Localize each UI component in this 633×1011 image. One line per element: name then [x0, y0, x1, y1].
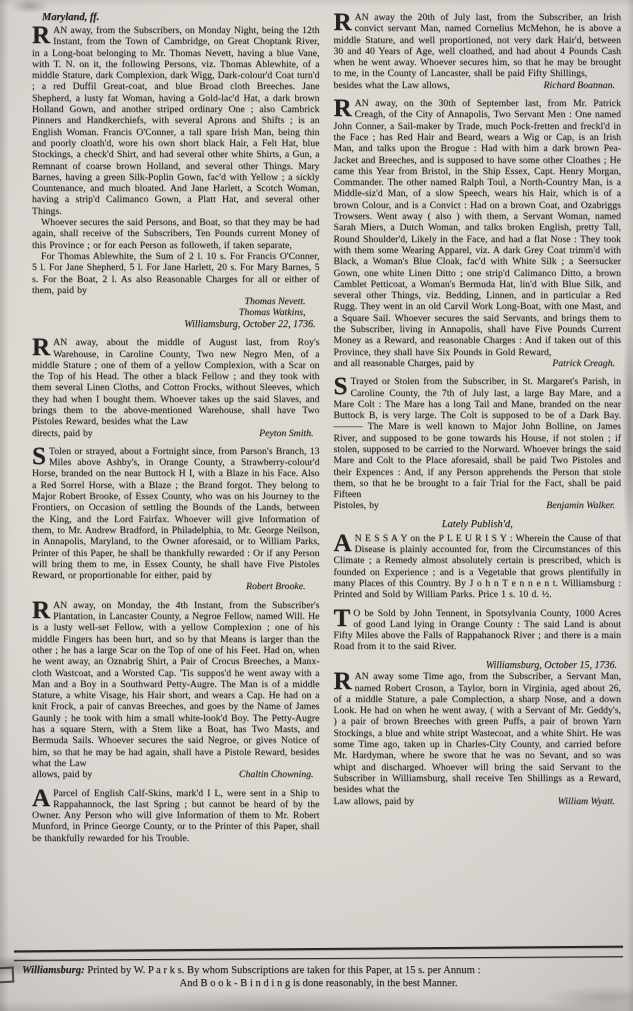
ad-lastline: Pistoles, byBenjamin Walker. — [334, 500, 622, 511]
dropcap-letter: S — [32, 446, 49, 467]
ad-runaway-will: RAN away, on Monday, the 4th Instant, fr… — [32, 600, 320, 781]
ad-body: RAN away some Time ago, from the Subscri… — [334, 671, 622, 795]
ad-text: Parcel of English Calf-Skins, mark'd I L… — [32, 788, 320, 844]
imprint-line-2: And B o o k - B i n d i n g is done reas… — [14, 977, 623, 990]
ad-essay-pleurisy: AN E S S A Y on the P L E U R I S Y : Wh… — [334, 533, 622, 601]
ad-runaway-cambridge: RAN away, from the Subscribers, on Monda… — [32, 25, 320, 330]
signature: Richard Boatman. — [544, 80, 621, 91]
ad-tail: Pistoles, by — [334, 500, 379, 511]
ad-text: AN away, on the 30th of September last, … — [334, 98, 622, 358]
ad-runaway-creagh-servants: RAN away, on the 30th of September last,… — [334, 98, 622, 369]
ad-text: AN away the 20th of July last, from the … — [334, 12, 622, 79]
ad-strayed-mare: STrayed or Stolen from the Subscriber, i… — [334, 376, 622, 512]
columns-container: Maryland, ff. RAN away, from the Subscri… — [0, 0, 633, 851]
ad-text: AN away, from the Subscribers, on Monday… — [32, 25, 320, 217]
newspaper-page: Maryland, ff. RAN away, from the Subscri… — [0, 0, 633, 1011]
ad-tail: besides what the Law allows, — [334, 80, 450, 91]
dateline: Williamsburg, October 15, 1736. — [334, 660, 622, 672]
dropcap-letter: R — [334, 671, 355, 692]
ad-runaway-croson: RAN away some Time ago, from the Subscri… — [334, 671, 622, 807]
ad-body: RAN away, on Monday, the 4th Instant, fr… — [32, 600, 320, 769]
ad-text: O be Sold by John Tennent, in Spotsylvan… — [334, 608, 622, 653]
ad-tail: and all reasonable Charges, paid by — [334, 358, 475, 369]
ad-lastline: directs, paid byPeyton Smith. — [32, 428, 320, 439]
ad-body: STrayed or Stolen from the Subscriber, i… — [334, 376, 622, 500]
ad-body: STolen or strayed, about a Fortnight sin… — [32, 446, 320, 582]
ad-text: Tolen or strayed, about a Fortnight sinc… — [32, 446, 320, 581]
dropcap-letter: R — [32, 600, 53, 621]
ad-body: AParcel of English Calf-Skins, mark'd I … — [32, 788, 320, 844]
dropcap-letter: R — [32, 25, 53, 46]
ad-body: RAN away, about the middle of August las… — [32, 337, 320, 427]
ad-text: AN away, about the middle of August last… — [32, 337, 320, 427]
ad-text: AN away, on Monday, the 4th Instant, fro… — [32, 600, 320, 769]
right-column: RAN away the 20th of July last, from the… — [334, 12, 622, 851]
dropcap-letter: R — [334, 12, 355, 33]
ad-runaway-mcmehon: RAN away the 20th of July last, from the… — [334, 12, 622, 91]
signature: Thomas Nevett. — [32, 296, 320, 307]
ad-body: AN E S S A Y on the P L E U R I S Y : Wh… — [334, 533, 622, 601]
ad-paragraph: Whoever secures the said Persons, and Bo… — [32, 217, 320, 251]
ad-text: AN away some Time ago, from the Subscrib… — [334, 671, 622, 795]
ad-tail: directs, paid by — [32, 428, 93, 439]
signature: Benjamin Walker. — [546, 500, 621, 511]
dropcap-letter: S — [334, 376, 351, 397]
ad-lastline: besides what the Law allows,Richard Boat… — [334, 80, 622, 91]
dropcap-letter: R — [334, 98, 355, 119]
dropcap-letter: A — [32, 788, 53, 809]
left-column: Maryland, ff. RAN away, from the Subscri… — [32, 12, 320, 851]
imprint-footer: Williamsburg: Printed by W. P a r k s. B… — [14, 948, 623, 990]
ad-runaway-roys-warehouse: RAN away, about the middle of August las… — [32, 337, 320, 439]
dropcap-letter: A — [334, 533, 355, 554]
section-heading-maryland: Maryland, ff. — [42, 12, 320, 24]
imprint-publisher-line: Printed by W. P a r k s. By whom Subscri… — [87, 965, 480, 976]
signature: Thomas Watkins, — [32, 307, 320, 318]
imprint-line-1: Williamsburg: Printed by W. P a r k s. B… — [14, 964, 623, 977]
ad-tail: allows, paid by — [32, 769, 92, 780]
ad-lastline: Law allows, paid byWilliam Wyatt. — [334, 796, 622, 807]
signature: William Wyatt. — [558, 796, 621, 807]
ad-body: RAN away the 20th of July last, from the… — [334, 12, 622, 80]
ad-lastline: and all reasonable Charges, paid byPatri… — [334, 358, 622, 369]
imprint-text: Williamsburg: Printed by W. P a r k s. B… — [14, 964, 623, 990]
signature: Patrick Creagh. — [552, 358, 621, 369]
ad-text: Trayed or Stolen from the Subscriber, in… — [334, 376, 622, 500]
horizontal-rule — [14, 956, 623, 961]
lately-publishd-heading: Lately Publish'd, — [334, 519, 622, 531]
signature: Robert Brooke. — [32, 581, 320, 592]
scan-artifact-mark — [0, 967, 14, 984]
ad-body: RAN away, from the Subscribers, on Monda… — [32, 25, 320, 217]
ad-text: N E S S A Y on the P L E U R I S Y : Whe… — [334, 533, 622, 600]
ad-calf-skins: AParcel of English Calf-Skins, mark'd I … — [32, 788, 320, 844]
signature: Chaltin Chowning. — [239, 769, 320, 780]
horizontal-rule — [14, 946, 623, 953]
dropcap-letter: R — [32, 337, 53, 358]
ad-paragraph: For Thomas Ablewhite, the Sum of 2 l. 10… — [32, 251, 320, 296]
ad-land-for-sale: TO be Sold by John Tennent, in Spotsylva… — [334, 608, 622, 653]
ad-body: RAN away, on the 30th of September last,… — [334, 98, 622, 358]
signature: Peyton Smith. — [259, 428, 319, 439]
ad-tail: Law allows, paid by — [334, 796, 414, 807]
ad-lastline: allows, paid byChaltin Chowning. — [32, 769, 320, 780]
ad-body: TO be Sold by John Tennent, in Spotsylva… — [334, 608, 622, 653]
dateline: Williamsburg, October 22, 1736. — [32, 319, 320, 331]
ad-stolen-horses: STolen or strayed, about a Fortnight sin… — [32, 446, 320, 593]
imprint-city: Williamsburg: — [22, 965, 85, 976]
dropcap-letter: T — [334, 608, 354, 629]
